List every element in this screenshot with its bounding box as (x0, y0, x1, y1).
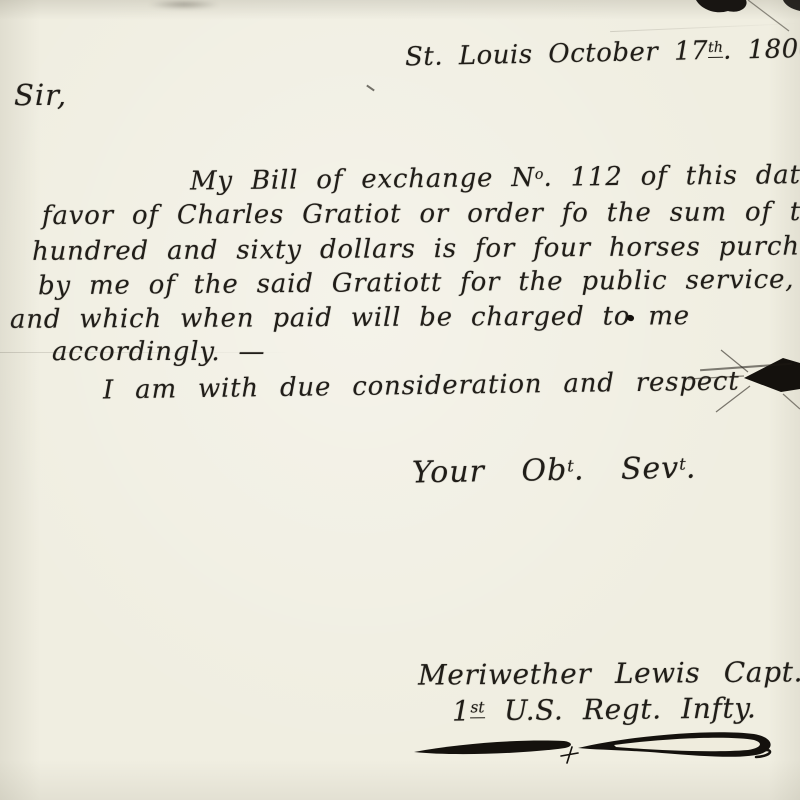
body-line-4: by me of the said Gratiott for the publi… (38, 265, 795, 302)
dateline-year: . 1806. (723, 34, 800, 66)
smudge-top-left (148, 0, 220, 9)
body-line-2: favor of Charles Gratiot or order fo the… (42, 197, 800, 231)
crease-line-left (0, 352, 290, 353)
dateline-superscript: th (708, 40, 723, 58)
ink-tick-mark (366, 85, 375, 92)
closing-line: I am with due consideration and respect (103, 367, 740, 406)
valediction: Your Obt. Sevt. (412, 451, 697, 491)
torn-edge-top-right (688, 0, 800, 34)
body-line-1-rest: . 112 of this date in (543, 159, 800, 192)
valediction-period: . (686, 451, 697, 486)
letter-document: St. Louis October 17th. 1806. Sir, My Bi… (0, 0, 800, 800)
paper-tear-right (688, 348, 800, 418)
signature-regiment-text: U.S. Regt. Infty. (484, 691, 756, 727)
signature-name: Meriwether Lewis Capt. (418, 655, 800, 691)
signature-regiment-number: 1 (452, 694, 471, 727)
valediction-servant: . Sev (574, 451, 680, 488)
body-line-1: My Bill of exchange No. 112 of this date… (190, 159, 800, 196)
signature-title: 1st U.S. Regt. Infty. (452, 691, 757, 727)
signature-superscript: st (470, 699, 484, 719)
salutation: Sir, (14, 78, 67, 112)
valediction-your: Your Ob (412, 453, 568, 491)
body-line-5: and which when paid will be charged to m… (10, 301, 690, 335)
dateline: St. Louis October 17th. 1806. (405, 34, 800, 73)
dateline-text: St. Louis October 17 (405, 36, 709, 72)
body-line-3: hundred and sixty dollars is for four ho… (32, 231, 800, 267)
signature-flourish (412, 726, 778, 770)
numero-superscript: o (535, 167, 544, 183)
body-line-1-text: My Bill of exchange N (190, 163, 535, 197)
